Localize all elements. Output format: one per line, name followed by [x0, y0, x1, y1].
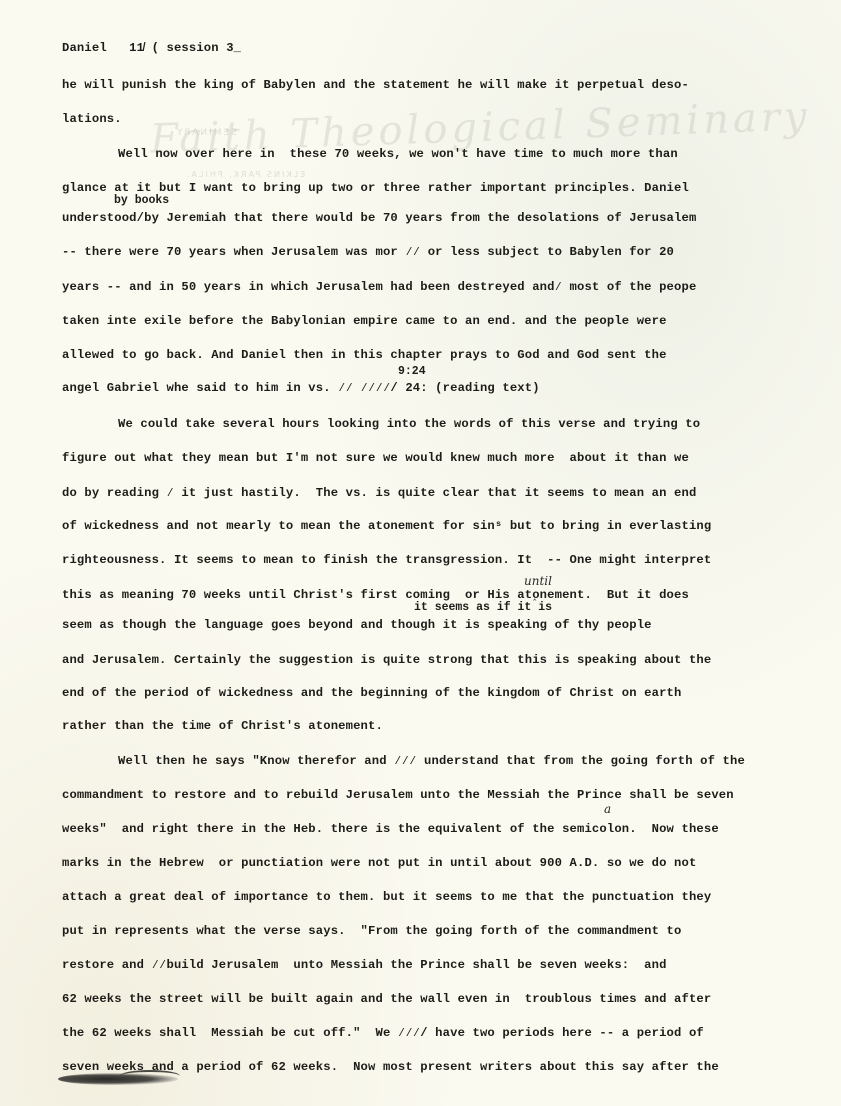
text-line: figure out what they mean but I'm not su… [62, 451, 689, 465]
text-line: years -- and in 50 years in which Jerusa… [62, 280, 696, 294]
interlinear-note: by books [114, 195, 169, 207]
text-line: understood/by Jeremiah that there would … [62, 211, 696, 225]
interlinear-note: 9:24 [398, 366, 426, 378]
document-page: Faith Theological Seminary SEMINARY ELKI… [0, 0, 841, 1106]
text-line: put in represents what the verse says. "… [62, 924, 682, 938]
text-line: taken inte exile before the Babylonian e… [62, 314, 667, 328]
text-line: marks in the Hebrew or punctiation were … [62, 856, 696, 870]
text-line: he will punish the king of Babylen and t… [62, 78, 689, 92]
text-line: allewed to go back. And Daniel then in t… [62, 348, 667, 362]
text-line: angel Gabriel whe said to him in vs. ∕∕ … [62, 381, 540, 395]
text-line: this as meaning 70 weeks until Christ's … [62, 588, 689, 602]
interlinear-note: it seems as if it is [414, 602, 552, 614]
text-line: lations. [62, 112, 122, 126]
text-line: rather than the time of Christ's atoneme… [62, 719, 383, 733]
text-line: do by reading ∕ it just hastily. The vs.… [62, 486, 696, 500]
text-line: Well now over here in these 70 weeks, we… [118, 147, 678, 161]
ink-smudge [120, 1070, 180, 1082]
text-line: We could take several hours looking into… [118, 417, 700, 431]
text-line: 62 weeks the street will be built again … [62, 992, 711, 1006]
text-line: of wickedness and not mearly to mean the… [62, 519, 711, 533]
page-header: Daniel 11̸ ( session 3_ [62, 41, 241, 55]
bleed-through-line: SEMINARY [175, 128, 237, 138]
text-line: and Jerusalem. Certainly the suggestion … [62, 653, 711, 667]
text-line: seem as though the language goes beyond … [62, 618, 652, 632]
text-line: weeks" and right there in the Heb. there… [62, 822, 719, 836]
text-line: the 62 weeks shall Messiah be cut off." … [62, 1026, 704, 1040]
text-line: commandment to restore and to rebuild Je… [62, 788, 734, 802]
text-line: righteousness. It seems to mean to finis… [62, 553, 711, 567]
text-line: -- there were 70 years when Jerusalem wa… [62, 245, 674, 259]
text-line: restore and ∕∕build Jerusalem unto Messi… [62, 958, 667, 972]
text-line: attach a great deal of importance to the… [62, 890, 711, 904]
handwritten-note: until [524, 575, 552, 587]
text-line: end of the period of wickedness and the … [62, 686, 682, 700]
text-line: glance at it but I want to bring up two … [62, 181, 689, 195]
handwritten-note: a [604, 803, 611, 815]
text-line: Well then he says "Know therefor and ∕∕∕… [118, 754, 745, 768]
bleed-through-line: ELKINS PARK, PHILA. [185, 170, 305, 179]
